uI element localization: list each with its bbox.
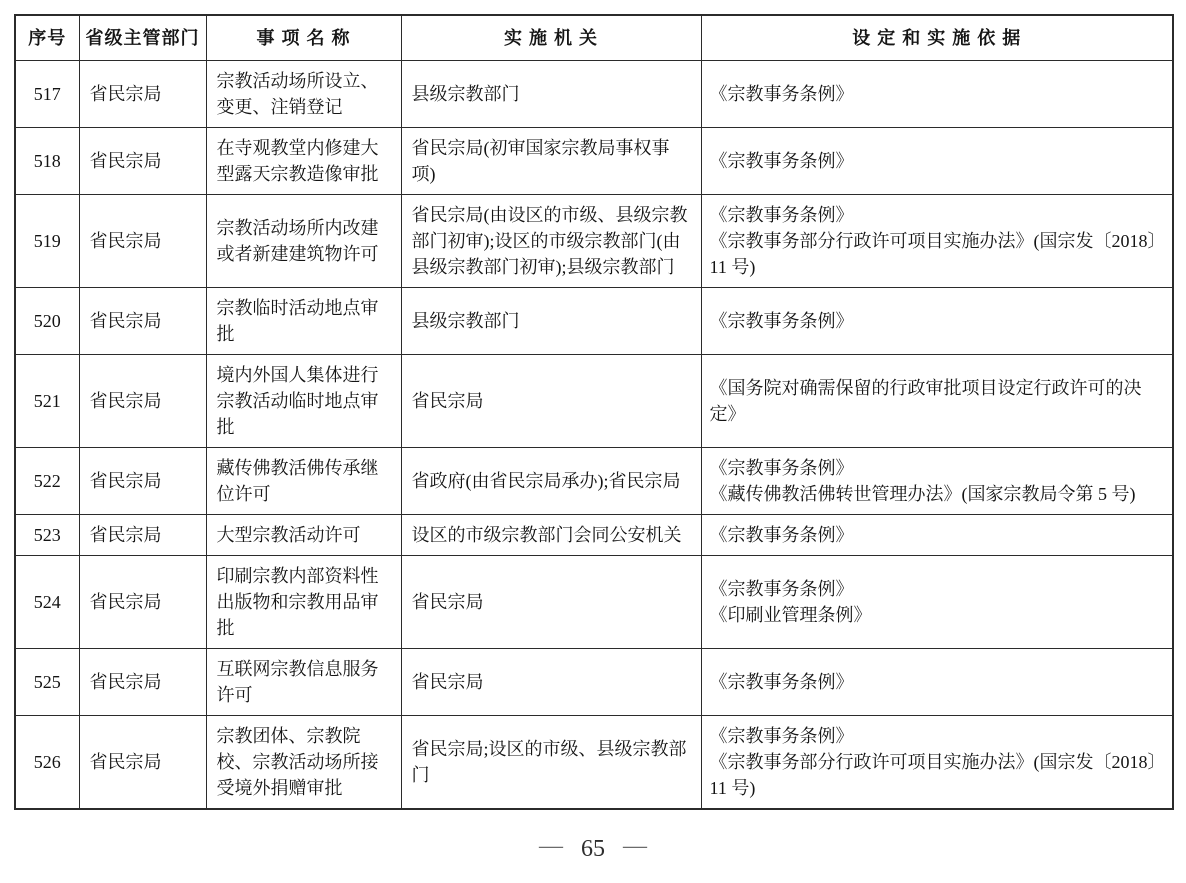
agency-cell: 设区的市级宗教部门会同公安机关	[401, 515, 701, 556]
agency-cell: 省政府(由省民宗局承办);省民宗局	[401, 448, 701, 515]
item-name-cell: 藏传佛教活佛传承继位许可	[206, 448, 401, 515]
table-row: 523 省民宗局 大型宗教活动许可 设区的市级宗教部门会同公安机关 《宗教事务条…	[15, 515, 1173, 556]
table-row: 521 省民宗局 境内外国人集体进行宗教活动临时地点审批 省民宗局 《国务院对确…	[15, 355, 1173, 448]
basis-line: 《宗教事务条例》	[710, 723, 1165, 749]
basis-cell: 《宗教事务条例》《藏传佛教活佛转世管理办法》(国家宗教局令第 5 号)	[701, 448, 1173, 515]
serial-number-cell: 526	[15, 716, 79, 810]
basis-line: 《印刷业管理条例》	[710, 602, 1165, 628]
basis-line: 《宗教事务条例》	[710, 148, 1165, 174]
table-row: 526 省民宗局 宗教团体、宗教院校、宗教活动场所接受境外捐赠审批 省民宗局;设…	[15, 716, 1173, 810]
table-row: 525 省民宗局 互联网宗教信息服务许可 省民宗局 《宗教事务条例》	[15, 649, 1173, 716]
table-row: 519 省民宗局 宗教活动场所内改建或者新建建筑物许可 省民宗局(由设区的市级、…	[15, 195, 1173, 288]
footer-right-dash: —	[623, 833, 647, 860]
basis-line: 《宗教事务条例》	[710, 308, 1165, 334]
department-cell: 省民宗局	[79, 128, 206, 195]
footer-left-dash: —	[539, 833, 563, 860]
table-row: 517 省民宗局 宗教活动场所设立、变更、注销登记 县级宗教部门 《宗教事务条例…	[15, 61, 1173, 128]
serial-number-cell: 520	[15, 288, 79, 355]
basis-cell: 《宗教事务条例》	[701, 288, 1173, 355]
basis-cell: 《宗教事务条例》	[701, 649, 1173, 716]
agency-cell: 省民宗局	[401, 649, 701, 716]
item-name-cell: 大型宗教活动许可	[206, 515, 401, 556]
table-header: 序号 省级主管部门 事 项 名 称 实 施 机 关 设 定 和 实 施 依 据	[15, 15, 1173, 61]
agency-cell: 省民宗局	[401, 355, 701, 448]
agency-cell: 县级宗教部门	[401, 61, 701, 128]
agency-cell: 省民宗局	[401, 556, 701, 649]
item-name-cell: 境内外国人集体进行宗教活动临时地点审批	[206, 355, 401, 448]
basis-cell: 《宗教事务条例》	[701, 128, 1173, 195]
serial-number-cell: 518	[15, 128, 79, 195]
department-cell: 省民宗局	[79, 515, 206, 556]
table-row: 524 省民宗局 印刷宗教内部资料性出版物和宗教用品审批 省民宗局 《宗教事务条…	[15, 556, 1173, 649]
item-name-cell: 在寺观教堂内修建大型露天宗教造像审批	[206, 128, 401, 195]
department-cell: 省民宗局	[79, 448, 206, 515]
basis-line: 《宗教事务条例》	[710, 576, 1165, 602]
serial-number-cell: 521	[15, 355, 79, 448]
item-name-cell: 宗教活动场所内改建或者新建建筑物许可	[206, 195, 401, 288]
table-row: 520 省民宗局 宗教临时活动地点审批 县级宗教部门 《宗教事务条例》	[15, 288, 1173, 355]
serial-number-cell: 517	[15, 61, 79, 128]
agency-cell: 省民宗局(初审国家宗教局事权事项)	[401, 128, 701, 195]
item-name-cell: 宗教活动场所设立、变更、注销登记	[206, 61, 401, 128]
serial-number-cell: 525	[15, 649, 79, 716]
item-name-cell: 宗教团体、宗教院校、宗教活动场所接受境外捐赠审批	[206, 716, 401, 810]
department-cell: 省民宗局	[79, 716, 206, 810]
agency-cell: 省民宗局;设区的市级、县级宗教部门	[401, 716, 701, 810]
table-row: 522 省民宗局 藏传佛教活佛传承继位许可 省政府(由省民宗局承办);省民宗局 …	[15, 448, 1173, 515]
basis-line: 《宗教事务条例》	[710, 522, 1165, 548]
basis-line: 《宗教事务条例》	[710, 669, 1165, 695]
basis-cell: 《宗教事务条例》	[701, 61, 1173, 128]
basis-line: 《宗教事务条例》	[710, 81, 1165, 107]
basis-cell: 《宗教事务条例》《宗教事务部分行政许可项目实施办法》(国宗发〔2018〕11 号…	[701, 195, 1173, 288]
basis-line: 《宗教事务条例》	[710, 202, 1165, 228]
document-page: 序号 省级主管部门 事 项 名 称 实 施 机 关 设 定 和 实 施 依 据 …	[0, 0, 1186, 883]
table-body: 517 省民宗局 宗教活动场所设立、变更、注销登记 县级宗教部门 《宗教事务条例…	[15, 61, 1173, 810]
approval-items-table: 序号 省级主管部门 事 项 名 称 实 施 机 关 设 定 和 实 施 依 据 …	[14, 14, 1174, 810]
header-basis: 设 定 和 实 施 依 据	[701, 15, 1173, 61]
department-cell: 省民宗局	[79, 556, 206, 649]
basis-cell: 《宗教事务条例》《印刷业管理条例》	[701, 556, 1173, 649]
header-serial-number: 序号	[15, 15, 79, 61]
header-item-name: 事 项 名 称	[206, 15, 401, 61]
header-provincial-department: 省级主管部门	[79, 15, 206, 61]
serial-number-cell: 522	[15, 448, 79, 515]
basis-line: 《宗教事务部分行政许可项目实施办法》(国宗发〔2018〕11 号)	[710, 749, 1165, 801]
basis-line: 《藏传佛教活佛转世管理办法》(国家宗教局令第 5 号)	[710, 481, 1165, 507]
page-number: 65	[581, 836, 605, 862]
basis-line: 《宗教事务部分行政许可项目实施办法》(国宗发〔2018〕11 号)	[710, 228, 1165, 280]
department-cell: 省民宗局	[79, 649, 206, 716]
basis-cell: 《宗教事务条例》	[701, 515, 1173, 556]
basis-cell: 《宗教事务条例》《宗教事务部分行政许可项目实施办法》(国宗发〔2018〕11 号…	[701, 716, 1173, 810]
header-implementing-agency: 实 施 机 关	[401, 15, 701, 61]
page-footer: —65—	[0, 836, 1186, 863]
item-name-cell: 宗教临时活动地点审批	[206, 288, 401, 355]
agency-cell: 省民宗局(由设区的市级、县级宗教部门初审);设区的市级宗教部门(由县级宗教部门初…	[401, 195, 701, 288]
item-name-cell: 互联网宗教信息服务许可	[206, 649, 401, 716]
serial-number-cell: 519	[15, 195, 79, 288]
basis-line: 《国务院对确需保留的行政审批项目设定行政许可的决定》	[710, 375, 1165, 427]
serial-number-cell: 524	[15, 556, 79, 649]
serial-number-cell: 523	[15, 515, 79, 556]
item-name-cell: 印刷宗教内部资料性出版物和宗教用品审批	[206, 556, 401, 649]
department-cell: 省民宗局	[79, 195, 206, 288]
basis-cell: 《国务院对确需保留的行政审批项目设定行政许可的决定》	[701, 355, 1173, 448]
department-cell: 省民宗局	[79, 288, 206, 355]
table-row: 518 省民宗局 在寺观教堂内修建大型露天宗教造像审批 省民宗局(初审国家宗教局…	[15, 128, 1173, 195]
agency-cell: 县级宗教部门	[401, 288, 701, 355]
department-cell: 省民宗局	[79, 355, 206, 448]
basis-line: 《宗教事务条例》	[710, 455, 1165, 481]
department-cell: 省民宗局	[79, 61, 206, 128]
